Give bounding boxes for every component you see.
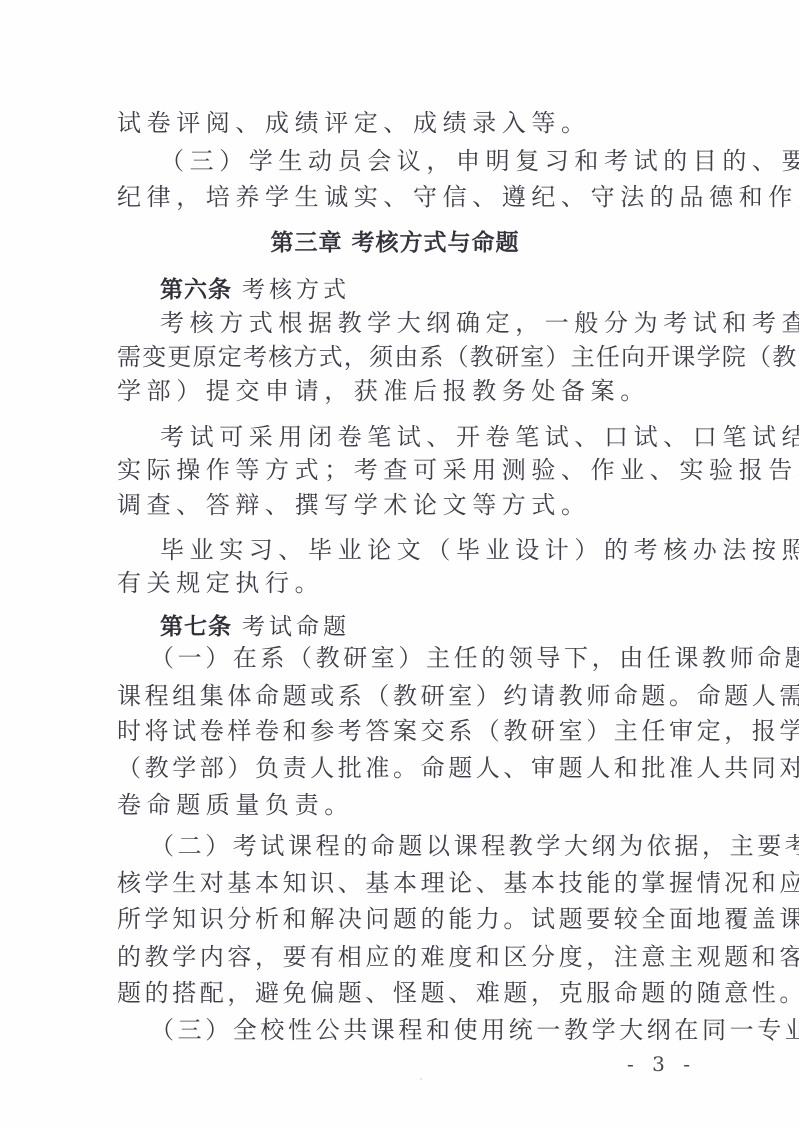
- scan-speck: [746, 465, 748, 467]
- paragraph-line: 有关规定执行。: [117, 568, 677, 598]
- article-6-heading: 第六条考核方式: [160, 275, 350, 305]
- chapter-heading: 第三章 考核方式与命题: [0, 228, 790, 258]
- paragraph-line: 实际操作等方式；考查可采用测验、作业、实验报告、社会: [117, 455, 677, 485]
- paragraph-line: 考核方式根据教学大纲确定，一般分为考试和考查。如: [160, 308, 680, 338]
- paragraph-line: 学部）提交申请，获准后报教务处备案。: [117, 376, 677, 406]
- scan-speck: [746, 477, 748, 479]
- paragraph-line: 题的搭配，避免偏题、怪题、难题，克服命题的随意性。: [117, 978, 677, 1008]
- document-page: 试卷评阅、成绩评定、成绩录入等。 （三）学生动员会议，申明复习和考试的目的、要求…: [0, 0, 799, 1130]
- article-title: 考核方式: [242, 277, 350, 303]
- paragraph-line: 毕业实习、毕业论文（毕业设计）的考核办法按照学校: [160, 535, 680, 565]
- paragraph-line: 纪律，培养学生诚实、守信、遵纪、守法的品德和作风。: [117, 182, 677, 212]
- paragraph-line: 卷命题质量负责。: [117, 790, 677, 820]
- paragraph-line: 时将试卷样卷和参考答案交系（教研室）主任审定，报学院: [117, 716, 677, 746]
- paragraph-line: （二）考试课程的命题以课程教学大纲为依据，主要考: [150, 831, 670, 861]
- paragraph-line: （三）学生动员会议，申明复习和考试的目的、要求和: [160, 146, 680, 176]
- paragraph-line: （三）全校性公共课程和使用统一教学大纲在同一专业: [150, 1015, 670, 1045]
- paragraph-line: 核学生对基本知识、基本理论、基本技能的掌握情况和应用: [117, 868, 677, 898]
- paragraph-line: 考试可采用闭卷笔试、开卷笔试、口试、口笔试结合、: [160, 422, 680, 452]
- paragraph-line: 所学知识分析和解决问题的能力。试题要较全面地覆盖课程: [117, 904, 677, 934]
- article-7-heading: 第七条考试命题: [160, 612, 350, 642]
- paragraph-line: （教学部）负责人批准。命题人、审题人和批准人共同对试: [117, 753, 677, 783]
- continued-text-line: 试卷评阅、成绩评定、成绩录入等。: [117, 108, 677, 138]
- page-number: - 3 -: [627, 1052, 696, 1076]
- scan-speck: [420, 1078, 422, 1080]
- article-number: 第七条: [160, 614, 232, 640]
- paragraph-line: 需变更原定考核方式，须由系（教研室）主任向开课学院（教: [117, 342, 677, 372]
- paragraph-line: （一）在系（教研室）主任的领导下，由任课教师命题、: [150, 643, 670, 673]
- paragraph-line: 的教学内容，要有相应的难度和区分度，注意主观题和客观: [117, 942, 677, 972]
- article-number: 第六条: [160, 277, 232, 303]
- paragraph-line: 调查、答辩、撰写学术论文等方式。: [117, 490, 677, 520]
- paragraph-line: 课程组集体命题或系（教研室）约请教师命题。命题人需同: [117, 681, 677, 711]
- article-title: 考试命题: [242, 614, 350, 640]
